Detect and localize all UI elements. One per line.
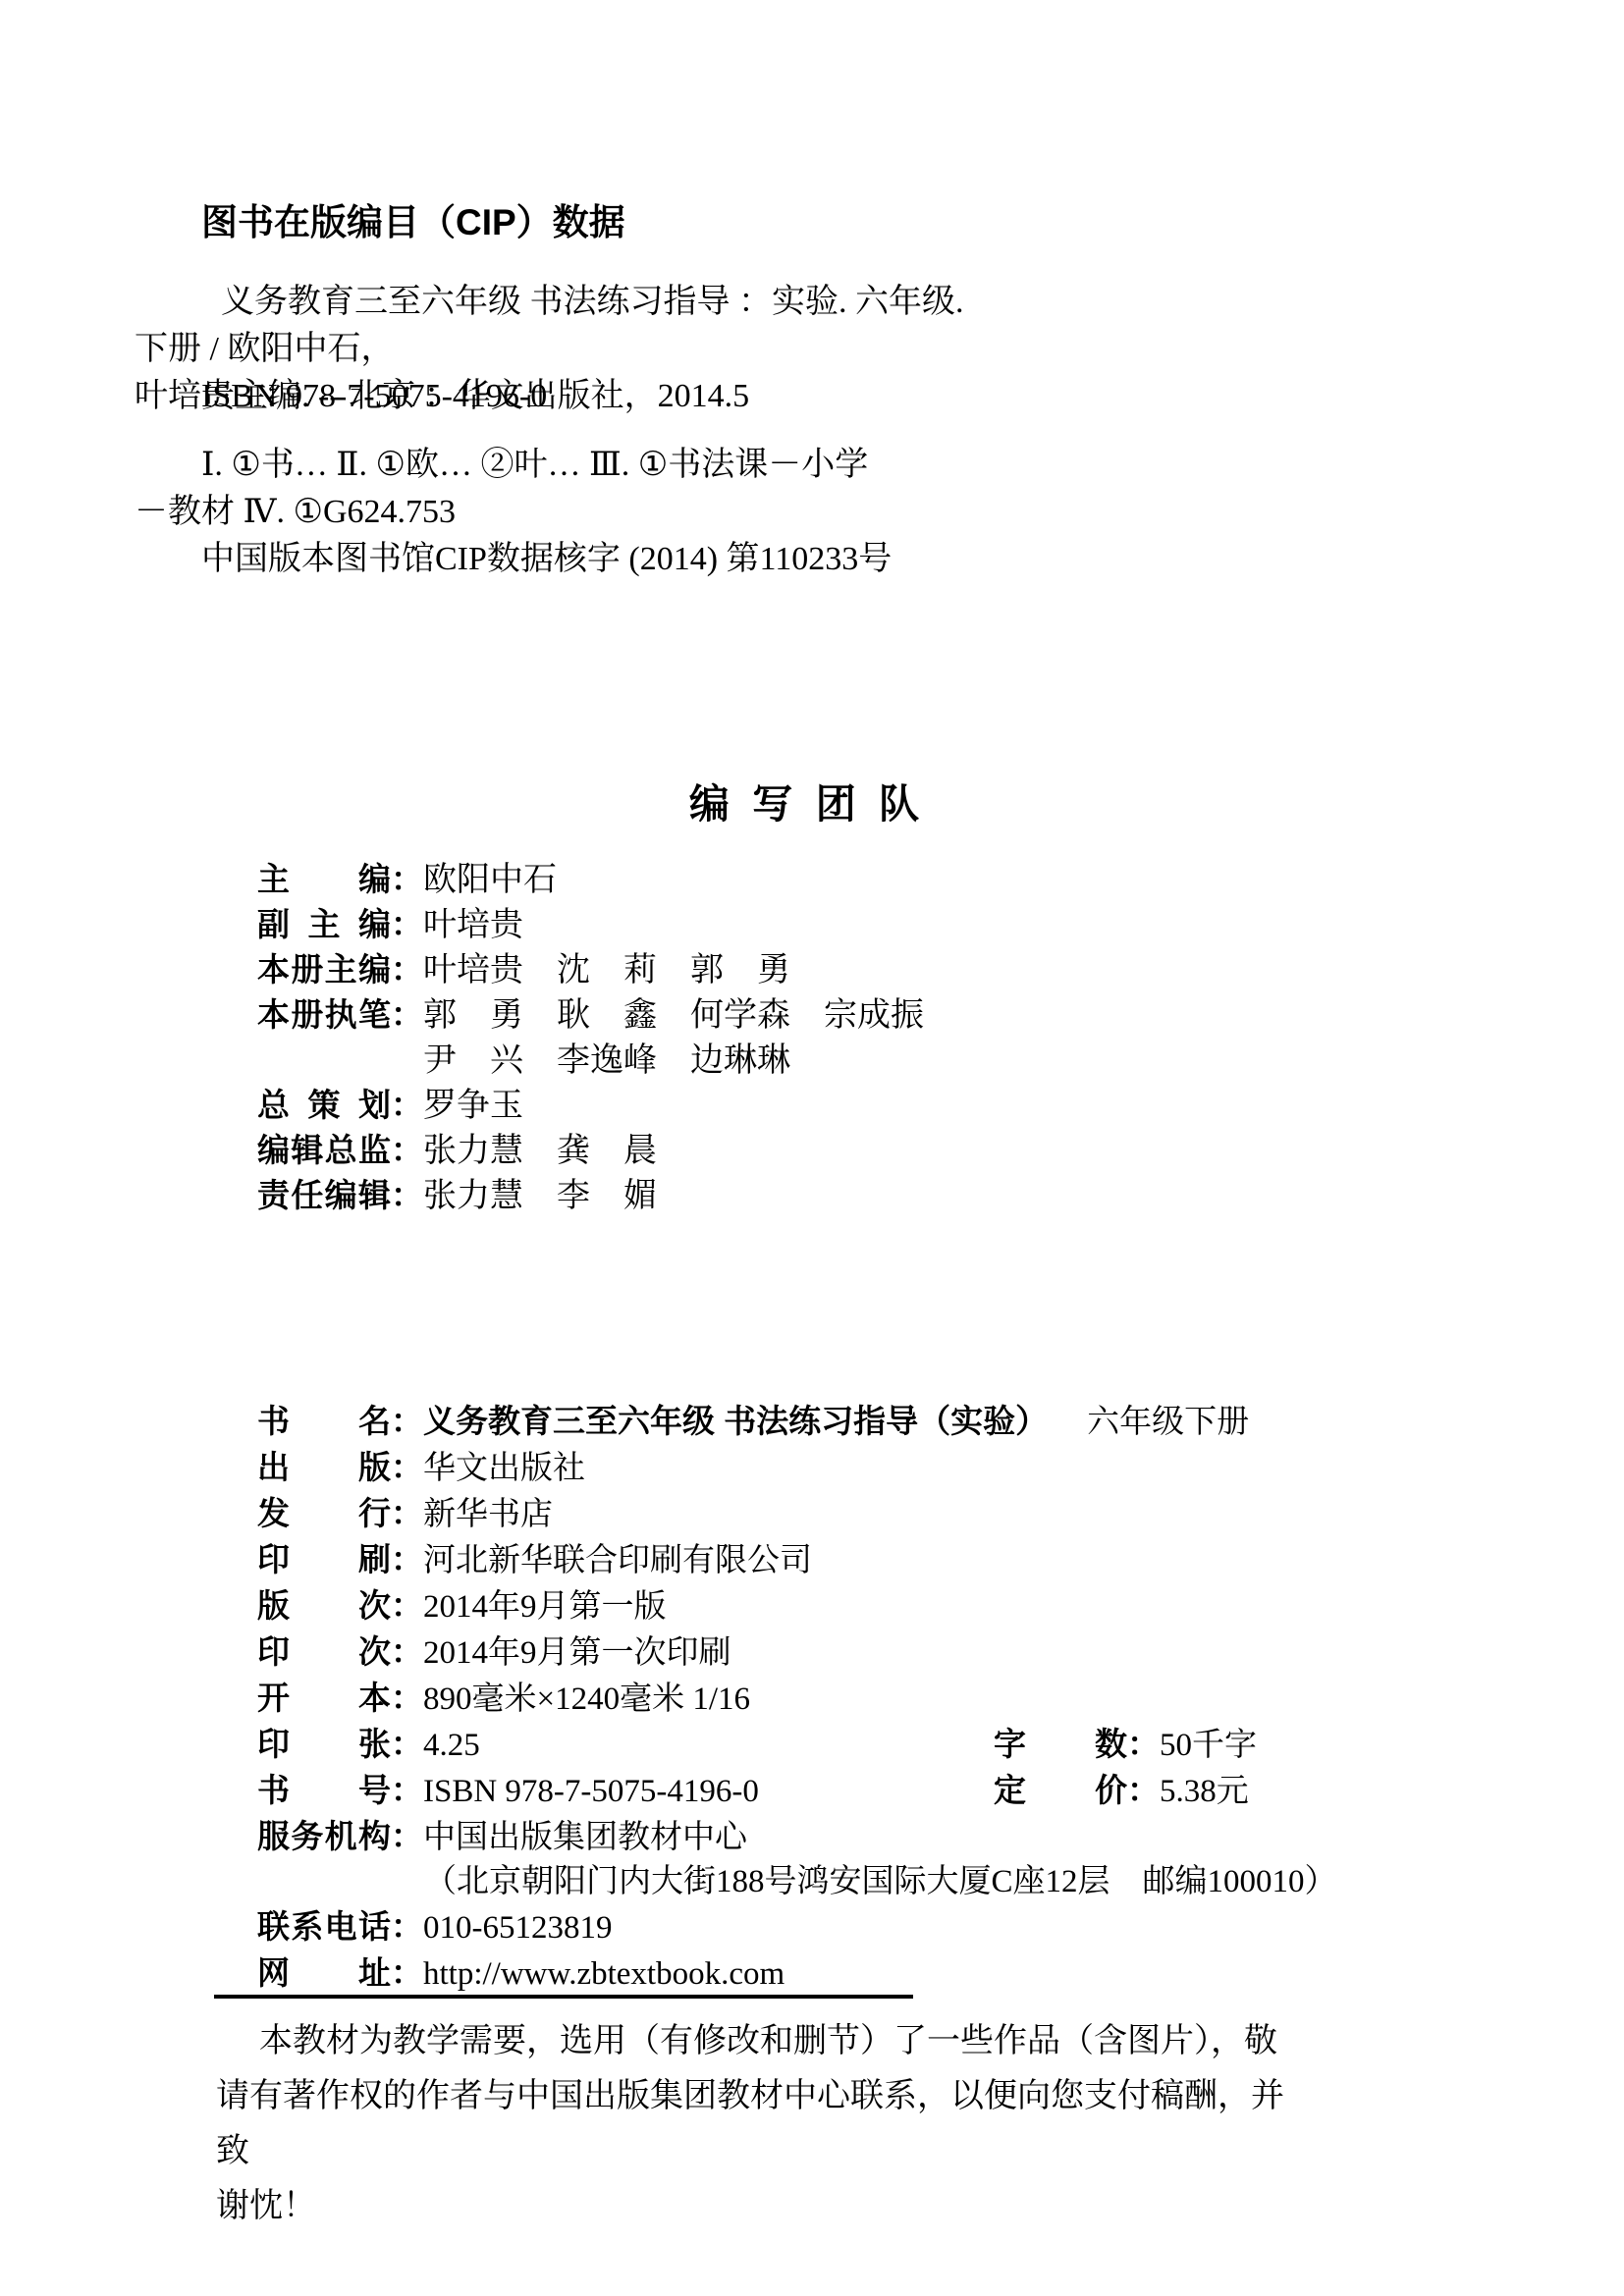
label-colon: ： <box>391 1449 423 1485</box>
colophon-row-label: 印张 <box>257 1722 391 1766</box>
team-row-value: 欧阳中石 <box>423 862 557 898</box>
copyright-note-line3: 谢忱！ <box>216 2179 1316 2234</box>
colophon-row-label: 定价 <box>994 1768 1127 1812</box>
colophon-row-service: 服务机构：中国出版集团教材中心 <box>257 1814 1494 1860</box>
team-row-label: 本册执笔 <box>257 992 391 1037</box>
book-title-volume: 六年级下册 <box>1087 1405 1249 1440</box>
cip-isbn: ISBN 978-7-5075-4196-0 <box>201 375 547 418</box>
label-colon: ： <box>391 1633 423 1670</box>
team-row: 总策划：罗争玉 <box>257 1083 924 1128</box>
colophon-row-value: 2014年9月第一版 <box>423 1589 667 1625</box>
colophon-row-label: 字数 <box>994 1722 1127 1766</box>
colophon-row: 开本：890毫米×1240毫米 1/16 <box>257 1676 1494 1722</box>
colophon-row-value: 2014年9月第一次印刷 <box>423 1635 731 1671</box>
book-title-main: 义务教育三至六年级 书法练习指导（实验） <box>423 1403 1048 1439</box>
colophon-row-isbn: 书号：ISBN 978-7-5075-4196-0 定价：5.38元 <box>257 1768 1494 1814</box>
colophon-row-label: 书名 <box>257 1399 391 1443</box>
team-row: 本册执笔：郭 勇 耿 鑫 何学森 宗成振 <box>257 992 924 1038</box>
cip-classification-line2: －教材 Ⅳ. ①G624.753 <box>135 489 999 536</box>
label-colon: ： <box>391 1908 423 1945</box>
colophon-row-value: 中国出版集团教材中心 <box>423 1820 747 1855</box>
colophon-row-phone: 联系电话：010-65123819 <box>257 1904 1494 1950</box>
colophon-row-label: 联系电话 <box>257 1904 391 1949</box>
label-colon: ： <box>391 1541 423 1577</box>
colophon-row: 印刷：河北新华联合印刷有限公司 <box>257 1537 1494 1583</box>
label-colon: ： <box>391 1680 423 1716</box>
cip-classification: Ⅰ. ①书… Ⅱ. ①欧… ②叶… Ⅲ. ①书法课－小学 －教材 Ⅳ. ①G62… <box>135 442 999 536</box>
colophon-row-title: 书名：义务教育三至六年级 书法练习指导（实验）六年级下册 <box>257 1399 1494 1445</box>
label-colon: ： <box>391 1954 423 1991</box>
colophon-row-label: 书号 <box>257 1768 391 1812</box>
copyright-note-line1: 本教材为教学需要，选用（有修改和删节）了一些作品（含图片），敬 <box>216 2014 1316 2069</box>
label-colon: ： <box>1127 1772 1160 1808</box>
team-row: 主编：欧阳中石 <box>257 857 924 902</box>
label-colon: ： <box>391 1772 423 1808</box>
colophon-row-label: 出版 <box>257 1445 391 1489</box>
label-colon: ： <box>391 996 423 1033</box>
colophon-row-value: 50千字 <box>1160 1728 1257 1763</box>
team-row: 本册主编：叶培贵 沈 莉 郭 勇 <box>257 947 924 992</box>
team-row-label: 副主编 <box>257 902 391 946</box>
colophon-row-label: 版次 <box>257 1583 391 1628</box>
colophon-row-value: 华文出版社 <box>423 1451 585 1486</box>
cip-classification-line1: Ⅰ. ①书… Ⅱ. ①欧… ②叶… Ⅲ. ①书法课－小学 <box>135 442 999 489</box>
label-colon: ： <box>391 1177 423 1213</box>
copyright-note: 本教材为教学需要，选用（有修改和删节）了一些作品（含图片），敬 请有著作权的作者… <box>216 2014 1316 2234</box>
colophon-row-label: 服务机构 <box>257 1814 391 1858</box>
team-row-label: 主编 <box>257 857 391 901</box>
colophon-row-value: 新华书店 <box>423 1497 553 1532</box>
label-colon: ： <box>1127 1726 1160 1762</box>
team-row-value: 尹 兴 李逸峰 边琳琳 <box>423 1042 790 1079</box>
team-section-title: 编 写 团 队 <box>0 780 1610 828</box>
team-row: 编辑总监：张力慧 龚 晨 <box>257 1128 924 1173</box>
book-copyright-page: 图书在版编目（CIP）数据 义务教育三至六年级 书法练习指导 ：实验. 六年级.… <box>0 0 1624 2296</box>
cip-description-line1: 义务教育三至六年级 书法练习指导 ：实验. 六年级. 下册 / 欧阳中石， <box>135 279 999 373</box>
team-row: 责任编辑：张力慧 李 媚 <box>257 1173 924 1218</box>
divider-rule <box>214 1995 913 1999</box>
team-row-value: 张力慧 龚 晨 <box>423 1133 657 1169</box>
team-list: 主编：欧阳中石 副主编：叶培贵 本册主编：叶培贵 沈 莉 郭 勇 本册执笔：郭 … <box>257 857 924 1218</box>
colophon-row: 出版：华文出版社 <box>257 1445 1494 1491</box>
colophon-row-value: 5.38元 <box>1160 1774 1249 1809</box>
colophon-row-label: 网址 <box>257 1950 391 1995</box>
colophon-row-website: 网址：http://www.zbtextbook.com <box>257 1950 1494 1997</box>
colophon-row-label: 开本 <box>257 1676 391 1720</box>
label-colon: ： <box>391 1087 423 1123</box>
label-colon: ： <box>391 1132 423 1168</box>
label-colon: ： <box>391 861 423 897</box>
team-row-label: 本册主编 <box>257 947 391 991</box>
team-row-value: 罗争玉 <box>423 1088 523 1124</box>
colophon-service-address: （北京朝阳门内大街188号鸿安国际大厦C座12层 邮编100010） <box>257 1860 1494 1904</box>
colophon-row-sheets: 印张：4.25 字数：50千字 <box>257 1722 1494 1768</box>
team-row-label: 编辑总监 <box>257 1128 391 1172</box>
service-address-text: （北京朝阳门内大街188号鸿安国际大厦C座12层 邮编100010） <box>424 1864 1337 1899</box>
team-row-label: 总策划 <box>257 1083 391 1127</box>
label-colon: ： <box>391 1726 423 1762</box>
cip-record-number: 中国版本图书馆CIP数据核字 (2014) 第110233号 <box>201 538 892 581</box>
colophon-row: 印次：2014年9月第一次印刷 <box>257 1629 1494 1676</box>
label-colon: ： <box>391 1495 423 1531</box>
label-colon: ： <box>391 906 423 942</box>
copyright-note-line2: 请有著作权的作者与中国出版集团教材中心联系，以便向您支付稿酬，并致 <box>216 2069 1316 2179</box>
colophon-row-value: ISBN 978-7-5075-4196-0 <box>423 1774 759 1809</box>
colophon-row-words: 字数：50千字 <box>994 1722 1257 1768</box>
colophon: 书名：义务教育三至六年级 书法练习指导（实验）六年级下册 出版：华文出版社 发行… <box>257 1399 1494 1997</box>
cip-heading: 图书在版编目（CIP）数据 <box>201 201 625 244</box>
colophon-row-value: 890毫米×1240毫米 1/16 <box>423 1682 750 1717</box>
label-colon: ： <box>391 1818 423 1854</box>
team-row-label: 责任编辑 <box>257 1173 391 1217</box>
colophon-row-value: 4.25 <box>423 1728 480 1763</box>
label-colon: ： <box>391 1403 423 1439</box>
team-row-value: 叶培贵 <box>423 907 523 943</box>
label-colon: ： <box>391 1587 423 1624</box>
colophon-row-price: 定价：5.38元 <box>994 1768 1249 1814</box>
team-row-value: 张力慧 李 媚 <box>423 1178 657 1214</box>
team-row-value: 叶培贵 沈 莉 郭 勇 <box>423 952 790 988</box>
team-row-value: 郭 勇 耿 鑫 何学森 宗成振 <box>423 997 924 1034</box>
label-colon: ： <box>391 951 423 988</box>
colophon-row: 版次：2014年9月第一版 <box>257 1583 1494 1629</box>
colophon-row-label: 发行 <box>257 1491 391 1535</box>
colophon-row: 发行：新华书店 <box>257 1491 1494 1537</box>
colophon-row-label: 印次 <box>257 1629 391 1674</box>
colophon-row-value: 河北新华联合印刷有限公司 <box>423 1543 812 1578</box>
team-row-continuation: ：尹 兴 李逸峰 边琳琳 <box>257 1038 924 1083</box>
phone-number: 010-65123819 <box>423 1910 613 1946</box>
website-url: http://www.zbtextbook.com <box>423 1956 785 1992</box>
team-row: 副主编：叶培贵 <box>257 902 924 947</box>
colophon-row-label: 印刷 <box>257 1537 391 1581</box>
